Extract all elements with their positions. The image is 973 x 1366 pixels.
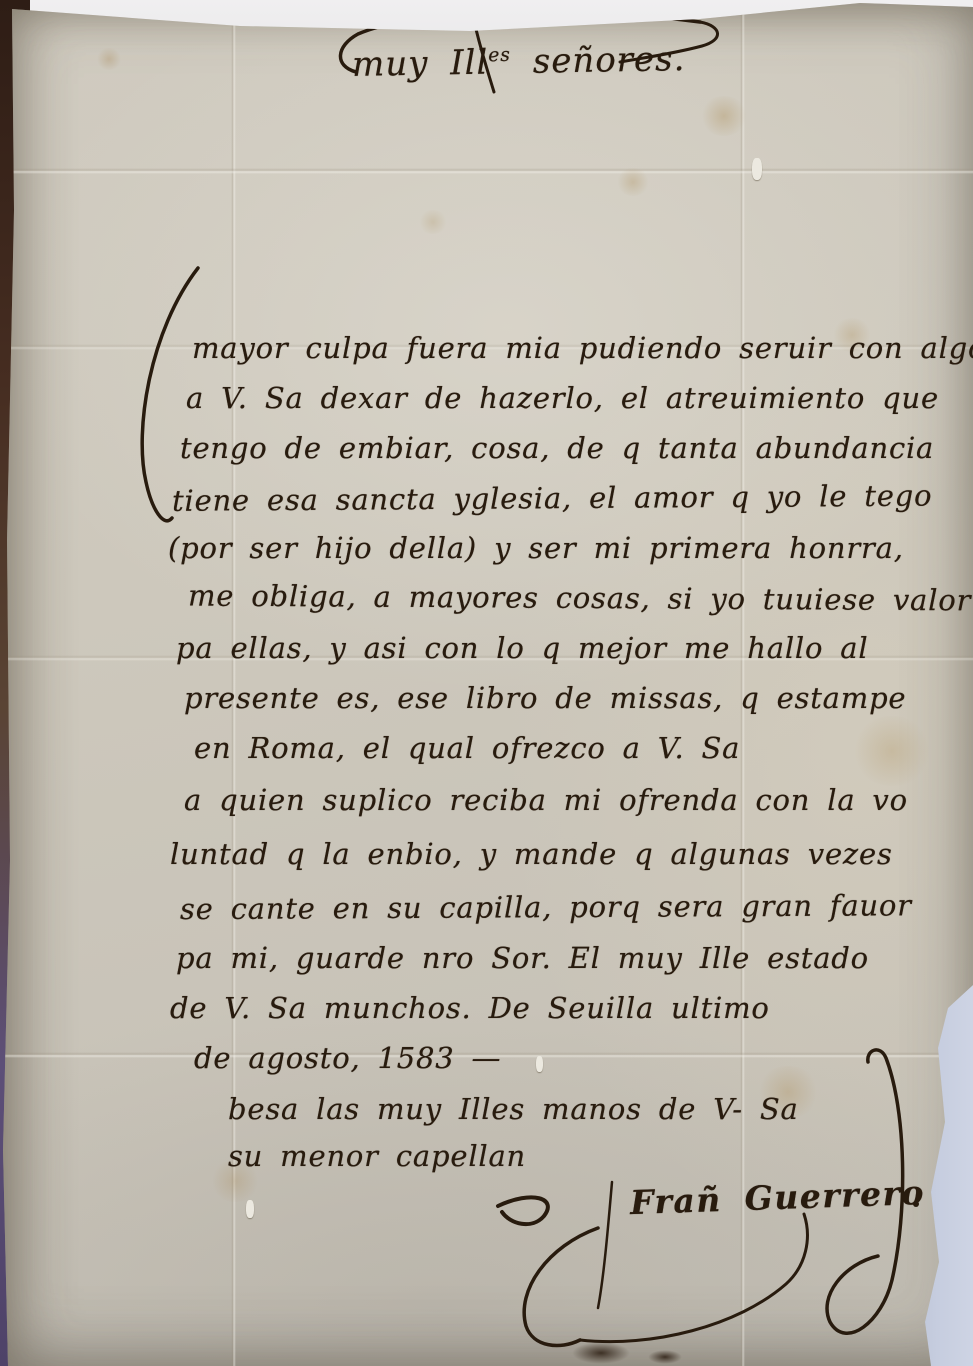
letter-closing: besa las muy Illes manos de V- Sa su men…: [228, 1086, 799, 1180]
heading-text-rest: señores.: [511, 39, 686, 82]
closing-line: su menor capellan: [228, 1133, 799, 1180]
letter-line: tengo de embiar, cosa, de q tanta abunda…: [180, 423, 973, 473]
signature-text: Frañ Guerrero: [629, 1173, 925, 1222]
letter-line: de agosto, 1583 —: [194, 1033, 973, 1083]
fold-crease-horizontal-top: [0, 168, 973, 174]
letter-line: a quien suplico reciba mi ofrenda con la…: [184, 773, 973, 828]
letter-line: presente es, ese libro de missas, q esta…: [184, 673, 973, 723]
foxing-stain: [96, 48, 122, 70]
paper-damage-speck: [246, 1200, 254, 1218]
letter-line: luntad q la enbio, y mande q algunas vez…: [170, 828, 973, 881]
letter-line: en Roma, el qual ofrezco a V. Sa: [194, 723, 973, 773]
letter-line: se cante en su capilla, porq sera gran f…: [180, 879, 973, 935]
foxing-stain: [616, 168, 650, 196]
letter-line: pa ellas, y asi con lo q mejor me hallo …: [176, 623, 973, 673]
letter-line: pa mi, guarde nro Sor. El muy Ille estad…: [176, 933, 973, 983]
edge-shadow-spot: [648, 1350, 682, 1364]
letter-line: mayor culpa fuera mia pudiendo seruir co…: [192, 323, 973, 373]
edge-shadow-spot: [572, 1342, 630, 1364]
letter-line: me obliga, a mayores cosas, si yo tuuies…: [188, 571, 973, 626]
letter-line: a V. Sa dexar de hazerlo, el atreuimient…: [186, 373, 973, 423]
letter-line: (por ser hijo della) y ser mi primera ho…: [168, 523, 973, 573]
foxing-stain: [418, 210, 448, 234]
letter-line: tiene esa sancta yglesia, el amor q yo l…: [172, 470, 973, 526]
paper-damage-speck: [752, 158, 762, 180]
heading-superscript: es: [488, 45, 511, 66]
paper-sheet: muy Illes señores. mayor culpa fuera mia…: [0, 0, 973, 1366]
closing-line: besa las muy Illes manos de V- Sa: [228, 1086, 799, 1133]
letter-heading: muy Illes señores.: [352, 39, 686, 85]
heading-text: muy Ill: [352, 43, 489, 85]
letter-line: de V. Sa munchos. De Seuilla ultimo: [170, 983, 973, 1033]
letter-body: mayor culpa fuera mia pudiendo seruir co…: [178, 323, 973, 1083]
foxing-stain: [700, 96, 748, 136]
manuscript-photo: muy Illes señores. mayor culpa fuera mia…: [0, 0, 973, 1366]
